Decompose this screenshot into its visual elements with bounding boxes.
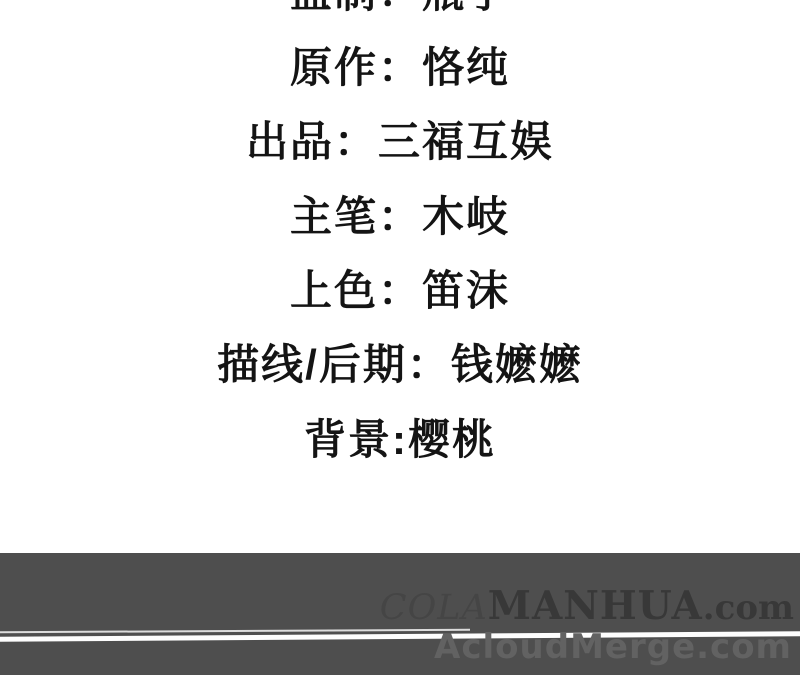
watermark-acloudmerge: AcloudMerge.com [0, 627, 792, 667]
credit-line-original-author: 原作：恪纯 [0, 45, 800, 91]
watermark-com-suffix: .com [703, 588, 794, 628]
credit-line-inking-postproduction: 描线/后期：钱嬷嬷 [0, 342, 800, 388]
credit-line-publisher: 出品：三福互娱 [0, 119, 800, 165]
watermark-cola-prefix: COLA [380, 588, 488, 628]
credit-line-background: 背景:樱桃 [0, 417, 800, 463]
watermark-manhua-main: MANHUA [488, 583, 703, 629]
credit-line-colorist: 上色：笛沫 [0, 268, 800, 314]
credit-line-lead-artist: 主笔：木岐 [0, 194, 800, 240]
footer-band: COLAMANHUA.com AcloudMerge.com [0, 553, 800, 675]
credit-line-producer: 监制：瓶子 [0, 0, 800, 16]
comic-credits-page: 监制：瓶子 原作：恪纯 出品：三福互娱 主笔：木岐 上色：笛沫 描线/后期：钱嬷… [0, 0, 800, 675]
